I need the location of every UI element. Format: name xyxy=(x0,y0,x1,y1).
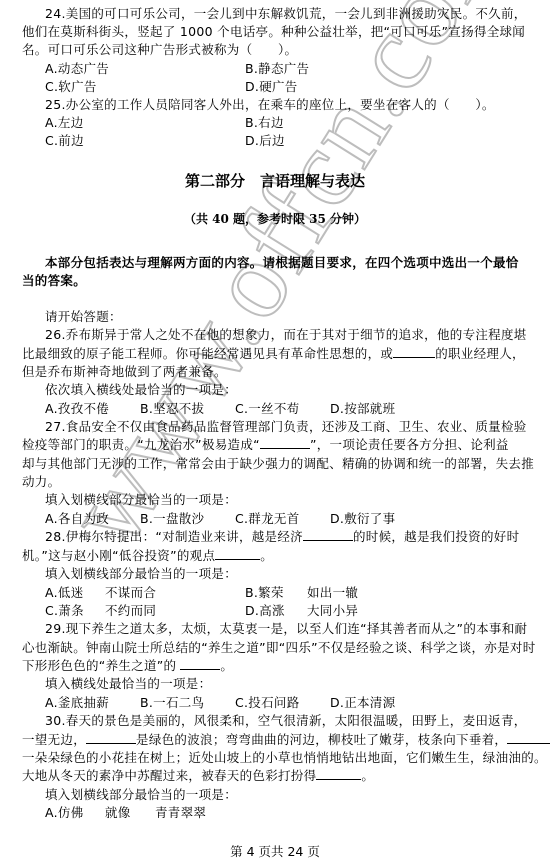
q28-options-row1: A.低迷 不谋而合 B.繁荣 如出一辙 xyxy=(45,584,525,602)
q30-line2-text-b: 是绿色的波浪；弯弯曲曲的河边，柳枝吐了嫩芽，枝条向下垂着， xyxy=(136,732,507,747)
q24-option-c: C.软广告 xyxy=(45,79,97,94)
q28-line2-text-a: 机。”这与赵小刚“低谷投资”的观点 xyxy=(22,548,215,563)
q27-option-b: B.一盘散沙 xyxy=(140,510,204,528)
q30-option-a-word3: 青青翠翠 xyxy=(155,804,206,822)
q28-option-d-word2: 大同小异 xyxy=(307,602,358,620)
q27-line4: 动力。 xyxy=(22,473,60,491)
q30-line4-text-a: 大地从冬天的素净中苏醒过来，被春天的色彩打扮得 xyxy=(22,768,316,783)
q26-option-b: B.坚忍不拔 xyxy=(140,400,204,418)
q28-option-c: C.萧条 xyxy=(45,602,84,620)
q29-line3-text-a: 下形形色色的“养生之道”的 xyxy=(22,658,176,673)
q24-options-row1: A.动态广告 B.静态广告 xyxy=(45,60,109,78)
q26-prompt: 依次填入横线处最恰当的一项是： xyxy=(45,381,237,399)
q27-option-d: D.敷衍了事 xyxy=(330,510,395,528)
section-subtitle: （共 40 题，参考时限 35 分钟） xyxy=(0,210,550,227)
q28-line1-text-b: 的时候，越是我们投资的好时 xyxy=(353,529,519,544)
q29-line2: 心也渐缺。钟南山院士所总结的“养生之道”即“四乐”不仅是经验之谈、科学之谈，亦是… xyxy=(22,639,536,657)
q27-option-c: C.群龙无首 xyxy=(235,510,300,528)
q25-options-row1: A.左边 B.右边 xyxy=(45,114,84,132)
q28-option-a: A.低迷 xyxy=(45,584,84,602)
q28-options-row2: C.萧条 不约而同 D.高涨 大同小异 xyxy=(45,602,525,620)
q28-prompt: 填入划横线部分最恰当的一项是： xyxy=(45,565,237,583)
q25-option-d: D.后边 xyxy=(245,132,285,150)
q29-line1: 29.现下养生之道太多，太烦，太莫衷一是，以至人们连“择其善者而从之”的本事和耐 xyxy=(45,620,527,638)
q30-option-a: A.仿佛 xyxy=(45,804,84,822)
q28-option-b: B.繁荣 xyxy=(245,584,284,602)
q27-line2-text-b: ”，一项论责任要各方分担、论利益 xyxy=(310,437,509,452)
q30-line2: 一望无边，是绿色的波浪；弯弯曲曲的河边，柳枝吐了嫩芽，枝条向下垂着， xyxy=(22,731,550,749)
q29-line3: 下形形色色的“养生之道”的。 xyxy=(22,657,233,675)
q27-line1: 27.食品安全不仅由食品药品监督管理部门负责，还涉及工商、卫生、农业、质量检验 xyxy=(45,418,527,436)
q26-line2-text-b: 的职业经理人， xyxy=(435,346,525,361)
q25-option-a: A.左边 xyxy=(45,115,84,130)
q26-option-d: D.按部就班 xyxy=(330,400,395,418)
q26-option-a: A.孜孜不倦 xyxy=(45,400,109,418)
q29-option-c: C.投石问路 xyxy=(235,694,300,712)
q28-option-b-word2: 如出一辙 xyxy=(307,584,358,602)
q30-prompt: 填入划横线部分最恰当的一项是： xyxy=(45,786,237,804)
page-footer: 第 4 页共 24 页 xyxy=(0,842,550,860)
q27-line2: 检疫等部门的职责。“九龙治水”极易造成“”，一项论责任要各方分担、论利益 xyxy=(22,436,509,454)
q30-option-a-word2: 就像 xyxy=(105,804,131,822)
q29-options: A.釜底抽薪 B.一石二鸟 C.投石问路 D.正本清源 xyxy=(45,694,525,712)
q26-line3: 但是乔布斯神奇地做到了两者兼备。 xyxy=(22,363,227,381)
q27-option-a: A.各自为政 xyxy=(45,510,109,528)
q29-option-b: B.一石二鸟 xyxy=(140,694,204,712)
q29-option-a: A.釜底抽薪 xyxy=(45,694,109,712)
section-intro-line2: 当的答案。 xyxy=(22,272,86,290)
start-prompt: 请开始答题： xyxy=(45,308,122,326)
q24-option-b: B.静态广告 xyxy=(245,60,309,78)
q27-prompt: 填入划横线部分最恰当的一项是： xyxy=(45,491,237,509)
q30-line1: 30.春天的景色是美丽的，风很柔和，空气很清新，太阳很温暖，田野上，麦田返青， xyxy=(45,712,527,730)
section-intro-line1: 本部分包括表达与理解两方面的内容。请根据题目要求，在四个选项中选出一个最恰 xyxy=(45,254,519,272)
q30-line4: 大地从冬天的素净中苏醒过来，被春天的色彩打扮得。 xyxy=(22,767,374,785)
q30-line4-text-b: 。 xyxy=(361,768,374,783)
q25-options-row2: C.前边 D.后边 xyxy=(45,132,84,150)
q30-option-a-row: A.仿佛 就像 青青翠翠 xyxy=(45,804,525,822)
q28-option-d: D.高涨 xyxy=(245,602,285,620)
q28-line1-text-a: 28.伊梅尔特提出：“对制造业来讲，越是经济 xyxy=(45,529,303,544)
q25-stem: 25.办公室的工作人员陪同客人外出，在乘车的座位上，要坐在客人的（ ）。 xyxy=(45,96,495,114)
q28-blank-2 xyxy=(215,547,260,560)
document-page: www.offcn.com 24.美国的可口可乐公司，一会儿到中东解救饥荒，一会… xyxy=(0,0,550,864)
q28-line1: 28.伊梅尔特提出：“对制造业来讲，越是经济的时候，越是我们投资的好时 xyxy=(45,528,519,546)
q24-line2: 他们在莫斯科街头，竖起了 1000 个电话亭。种种公益壮举，把“可口可乐”宣扬得… xyxy=(22,23,525,41)
q30-blank-2 xyxy=(507,731,550,744)
q29-prompt: 填入横线处最恰当的一项是： xyxy=(45,675,211,693)
q27-line2-text-a: 检疫等部门的职责。“九龙治水”极易造成“ xyxy=(22,437,260,452)
q26-line2-text-a: 比最细致的原子能工程师。你可能经常遇见具有革命性思想的，或 xyxy=(22,346,393,361)
q24-line3: 名。可口可乐公司这种广告形式被称为（ ）。 xyxy=(22,41,297,59)
q28-option-a-word2: 不谋而合 xyxy=(105,584,156,602)
q28-line2-text-b: 。 xyxy=(260,548,273,563)
q26-line1: 26.乔布斯异于常人之处不在他的想象力，而在于其对于细节的追求，他的专注程度堪 xyxy=(45,326,527,344)
q30-line2-text-a: 一望无边， xyxy=(22,732,86,747)
q24-line1: 24.美国的可口可乐公司，一会儿到中东解救饥荒，一会儿到非洲援助灾民。不久前， xyxy=(45,5,527,23)
q30-line3: 一朵朵绿色的小花挂在树上；近处山坡上的小草也悄悄地钻出地面，它们嫩生生，绿油油的… xyxy=(22,749,547,767)
q24-option-d: D.硬广告 xyxy=(245,78,298,96)
section-title: 第二部分 言语理解与表达 xyxy=(0,170,550,191)
q27-line3: 却与其他部门无涉的工作，常常会由于缺少强力的调配、精确的协调和统一的部署，失去推 xyxy=(22,455,534,473)
q29-option-d: D.正本清源 xyxy=(330,694,395,712)
q25-option-b: B.右边 xyxy=(245,114,284,132)
q30-blank-3 xyxy=(316,767,361,780)
q28-option-c-word2: 不约而同 xyxy=(105,602,156,620)
q24-options-row2: C.软广告 D.硬广告 xyxy=(45,78,97,96)
q29-blank xyxy=(180,657,220,670)
q28-line2: 机。”这与赵小刚“低谷投资”的观点。 xyxy=(22,547,273,565)
q24-option-a: A.动态广告 xyxy=(45,61,109,76)
q29-line3-text-b: 。 xyxy=(220,658,233,673)
q27-options: A.各自为政 B.一盘散沙 C.群龙无首 D.敷衍了事 xyxy=(45,510,525,528)
q28-blank-1 xyxy=(303,528,353,541)
q26-options: A.孜孜不倦 B.坚忍不拔 C.一丝不苟 D.按部就班 xyxy=(45,400,525,418)
q26-line2: 比最细致的原子能工程师。你可能经常遇见具有革命性思想的，或的职业经理人， xyxy=(22,345,525,363)
q26-blank xyxy=(393,345,435,358)
q25-option-c: C.前边 xyxy=(45,133,84,148)
q26-option-c: C.一丝不苟 xyxy=(235,400,300,418)
q30-blank-1 xyxy=(86,731,136,744)
q27-blank xyxy=(260,436,310,449)
